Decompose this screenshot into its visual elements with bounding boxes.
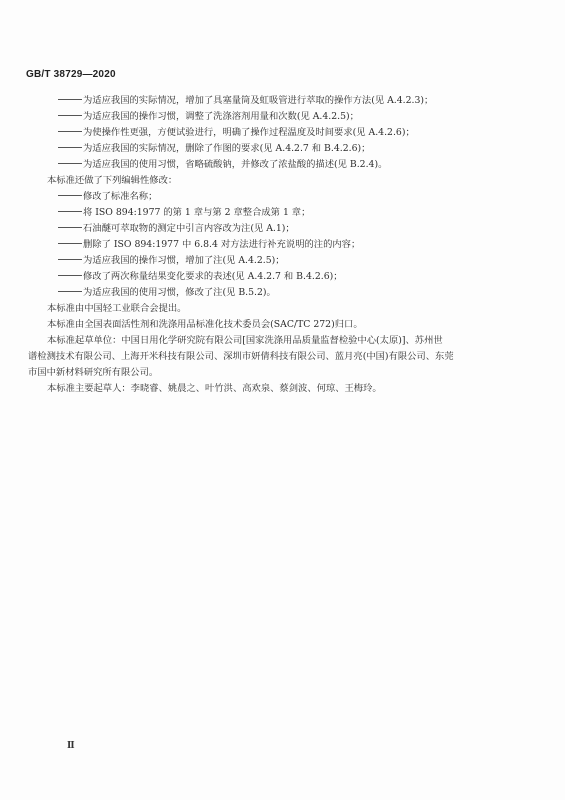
list-item-technical-change: 为使操作性更强，方便试验进行，明确了操作过程温度及时间要求(见 A.4.2.6)… (58, 127, 415, 139)
em-dash (58, 259, 82, 260)
em-dash (58, 227, 82, 228)
em-dash (58, 275, 82, 276)
administered-by-paragraph: 本标准由全国表面活性剂和洗涤用品标准化技术委员会(SAC/TC 272)归口。 (47, 319, 363, 331)
list-item-editorial-change: 删除了 ISO 894:1977 中 6.8.4 对方法进行补充说明的注的内容； (58, 239, 360, 251)
list-item-editorial-change: 将 ISO 894:1977 的第 1 章与第 2 章整合成第 1 章； (58, 207, 310, 219)
list-item-technical-change: 为适应我国的实际情况，删除了作图的要求(见 A.4.2.7 和 B.4.2.6)… (58, 143, 370, 155)
em-dash (58, 195, 82, 196)
drafting-units-paragraph-line3: 市国中新材料研究所有限公司。 (28, 367, 158, 379)
em-dash (58, 291, 82, 292)
list-item-editorial-change: 为适应我国的使用习惯，修改了注(见 B.5.2)。 (58, 287, 276, 299)
list-item-editorial-change: 修改了两次称量结果变化要求的表述(见 A.4.2.7 和 B.4.2.6)； (58, 271, 343, 283)
em-dash (58, 131, 82, 132)
standard-number-header: GB/T 38729—2020 (26, 69, 116, 80)
drafting-units-paragraph-line2: 谱检测技术有限公司、上海开米科技有限公司、深圳市妍倩科技有限公司、蓝月亮(中国)… (28, 351, 454, 363)
em-dash (58, 99, 82, 100)
em-dash (58, 147, 82, 148)
em-dash (58, 211, 82, 212)
proposed-by-paragraph: 本标准由中国轻工业联合会提出。 (47, 303, 186, 315)
list-item-technical-change: 为适应我国的操作习惯，调整了洗涤溶剂用量和次数(见 A.4.2.5)； (58, 111, 359, 123)
list-item-technical-change: 为适应我国的使用习惯，省略硫酸钠，并修改了浓盐酸的描述(见 B.2.4)。 (58, 159, 387, 171)
list-item-technical-change: 为适应我国的实际情况，增加了具塞量筒及虹吸管进行萃取的操作方法(见 A.4.2.… (58, 95, 433, 107)
list-item-editorial-change: 修改了标准名称； (58, 191, 157, 203)
em-dash (58, 115, 82, 116)
main-drafters-paragraph: 本标准主要起草人：李晓睿、姚晨之、叶竹洪、高欢泉、蔡剑波、何琼、王梅玲。 (47, 383, 382, 395)
drafting-units-paragraph-line1: 本标准起草单位：中国日用化学研究院有限公司[国家洗涤用品质量监督检验中心(太原)… (47, 335, 443, 347)
em-dash (58, 243, 82, 244)
list-item-editorial-change: 石油醚可萃取物的测定中引言内容改为注(见 A.1)； (58, 223, 295, 235)
page-number: Ⅱ (67, 741, 75, 751)
list-item-editorial-change: 为适应我国的操作习惯，增加了注(见 A.4.2.5)； (58, 255, 285, 267)
em-dash (58, 163, 82, 164)
editorial-changes-intro: 本标准还做了下列编辑性修改： (47, 175, 177, 187)
